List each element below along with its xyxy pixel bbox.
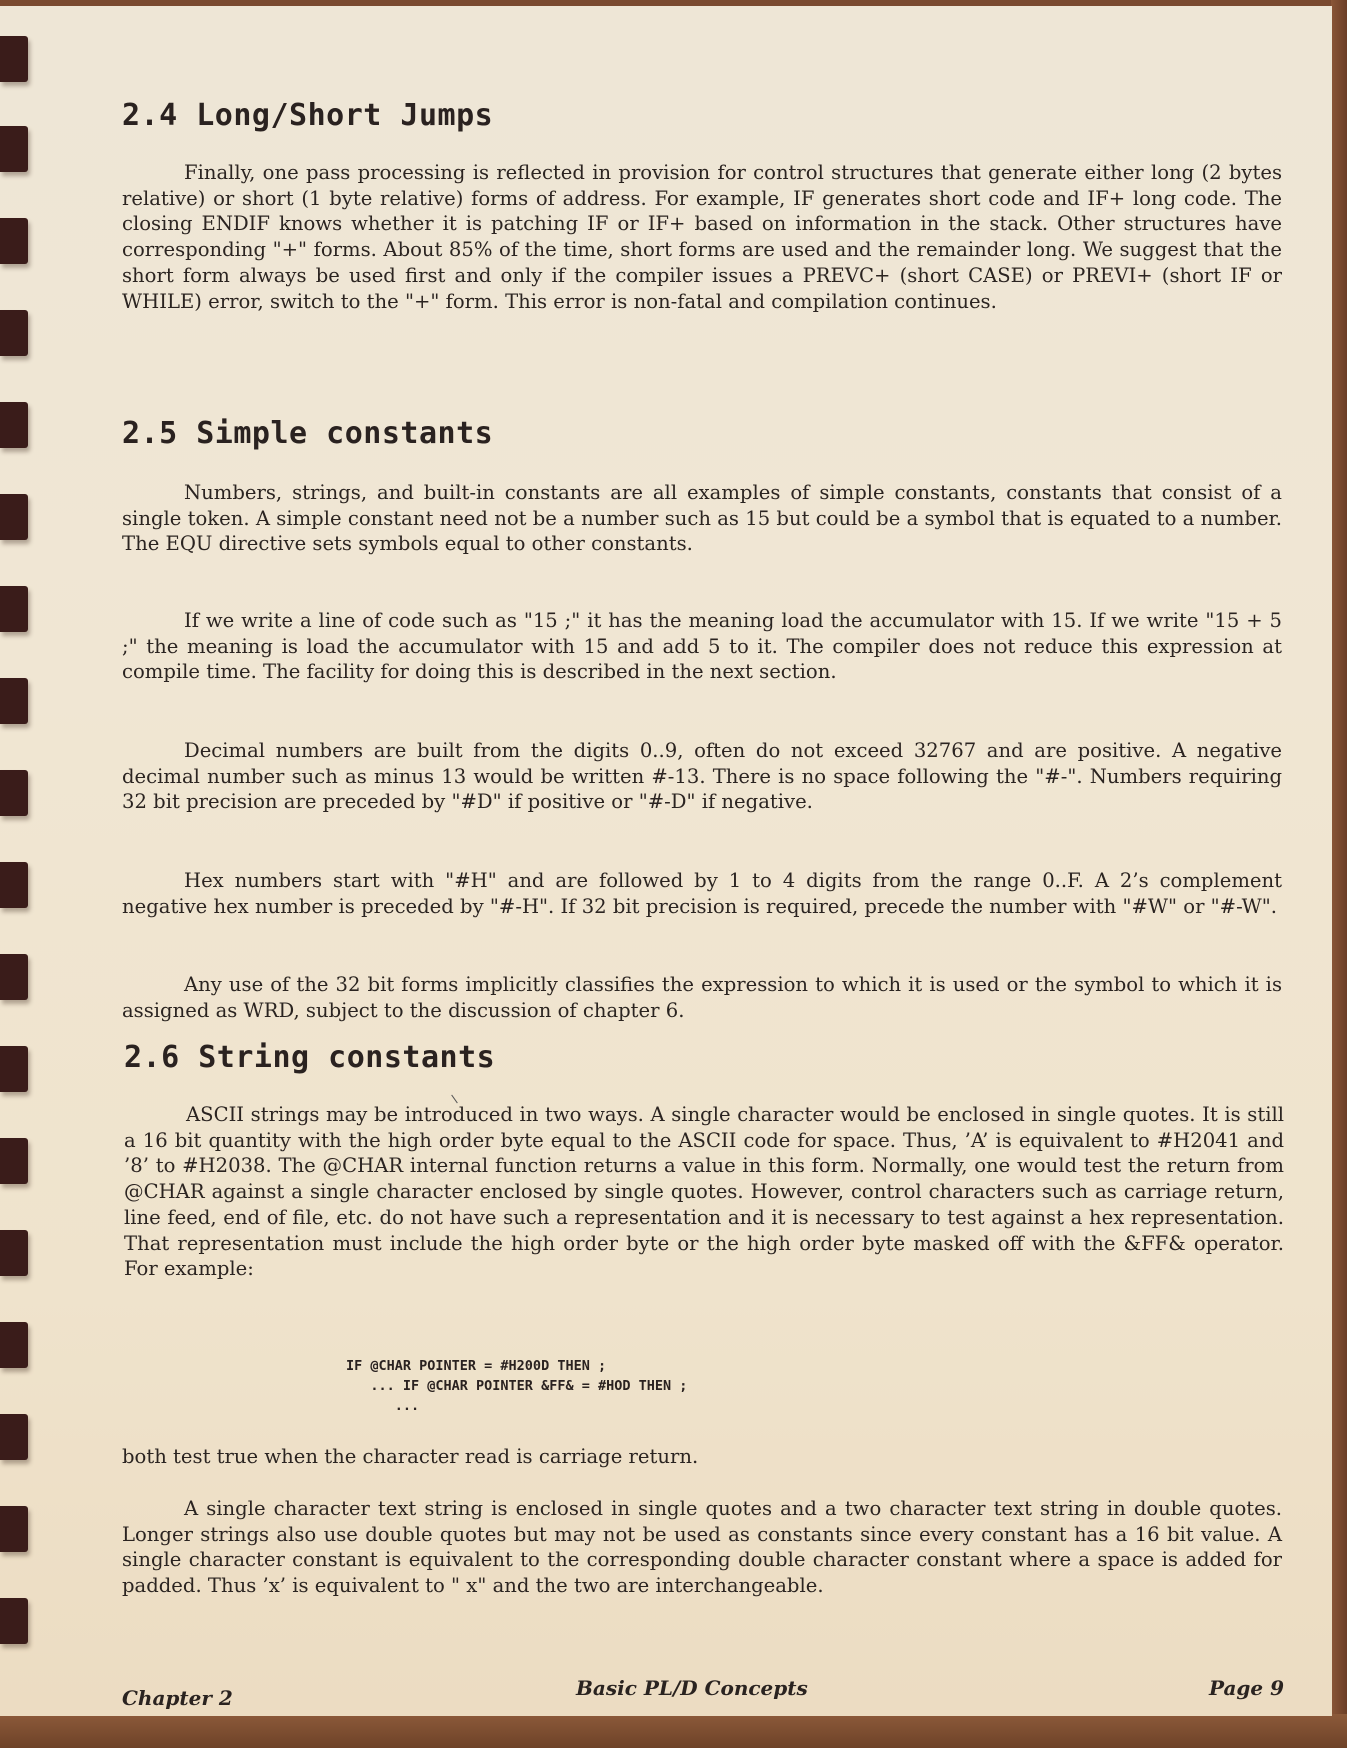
document-page: 2.4 Long/Short Jumps Finally, one pass p… xyxy=(0,6,1332,1716)
footer-title: Basic PL/D Concepts xyxy=(576,1676,808,1700)
binding-ring xyxy=(0,1506,28,1552)
section-heading-2-4: 2.4 Long/Short Jumps xyxy=(122,98,493,133)
section-heading-2-5: 2.5 Simple constants xyxy=(122,416,493,451)
binding-ring xyxy=(0,402,28,448)
binding-ring xyxy=(0,1322,28,1368)
paragraph: A single character text string is enclos… xyxy=(122,1496,1282,1599)
desk-background-right xyxy=(1331,0,1347,1748)
binding-ring xyxy=(0,862,28,908)
binding-ring xyxy=(0,586,28,632)
binding-ring xyxy=(0,310,28,356)
paragraph: both test true when the character read i… xyxy=(122,1444,1282,1470)
binding-ring xyxy=(0,1598,28,1644)
binding-ring xyxy=(0,1138,28,1184)
code-example: IF @CHAR POINTER = #H200D THEN ; ... IF … xyxy=(346,1356,687,1416)
paragraph: Finally, one pass processing is reflecte… xyxy=(122,160,1282,314)
binding-ring xyxy=(0,770,28,816)
footer-page-number: Page 9 xyxy=(1209,1676,1284,1700)
paragraph: Any use of the 32 bit forms implicitly c… xyxy=(122,972,1282,1023)
binding-ring xyxy=(0,218,28,264)
binding-ring xyxy=(0,954,28,1000)
binding-ring xyxy=(0,494,28,540)
desk-background-bottom xyxy=(0,1714,1347,1748)
footer-chapter: Chapter 2 xyxy=(122,1686,233,1710)
paragraph: Numbers, strings, and built-in constants… xyxy=(122,480,1282,557)
binding-ring xyxy=(0,678,28,724)
paragraph: Hex numbers start with "#H" and are foll… xyxy=(122,868,1282,919)
binding-ring xyxy=(0,36,28,82)
binding-ring xyxy=(0,1230,28,1276)
paragraph: ASCII strings may be introduced in two w… xyxy=(124,1102,1284,1282)
binding-ring xyxy=(0,1046,28,1092)
paragraph: If we write a line of code such as "15 ;… xyxy=(122,608,1282,685)
binding-ring xyxy=(0,1414,28,1460)
binding-ring xyxy=(0,126,28,172)
section-heading-2-6: 2.6 String constants xyxy=(124,1040,495,1075)
paragraph: Decimal numbers are built from the digit… xyxy=(122,738,1282,815)
